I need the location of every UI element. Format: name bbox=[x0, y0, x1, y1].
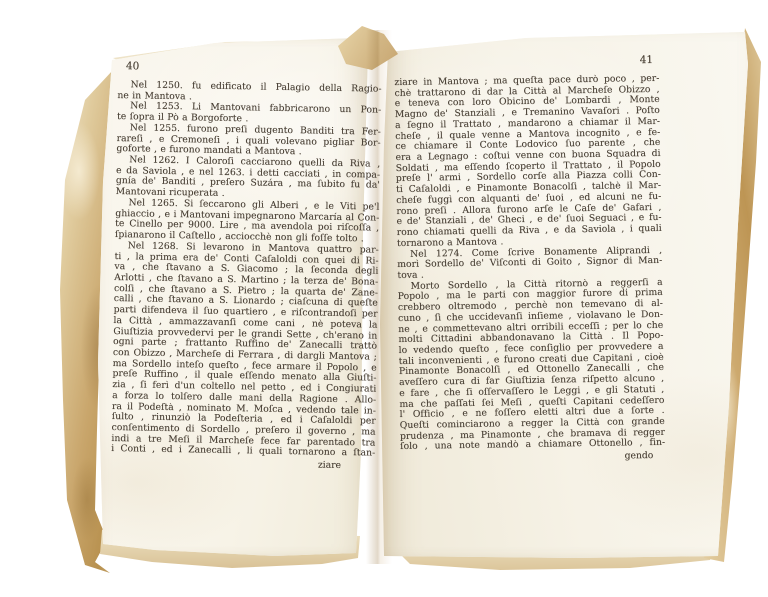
left-page-text-block: 40 Nel 1250. fu edificato il Palagio del… bbox=[111, 60, 382, 472]
right-page-text: ziare in Mantova ; ma queſta pace durò p… bbox=[394, 74, 665, 453]
left-page-text: Nel 1250. fu edificato il Palagio della … bbox=[111, 80, 382, 460]
open-book-photo: 40 Nel 1250. fu edificato il Palagio del… bbox=[0, 0, 768, 597]
right-page-text-block: 41 ziare in Mantova ; ma queſta pace dur… bbox=[394, 54, 665, 465]
